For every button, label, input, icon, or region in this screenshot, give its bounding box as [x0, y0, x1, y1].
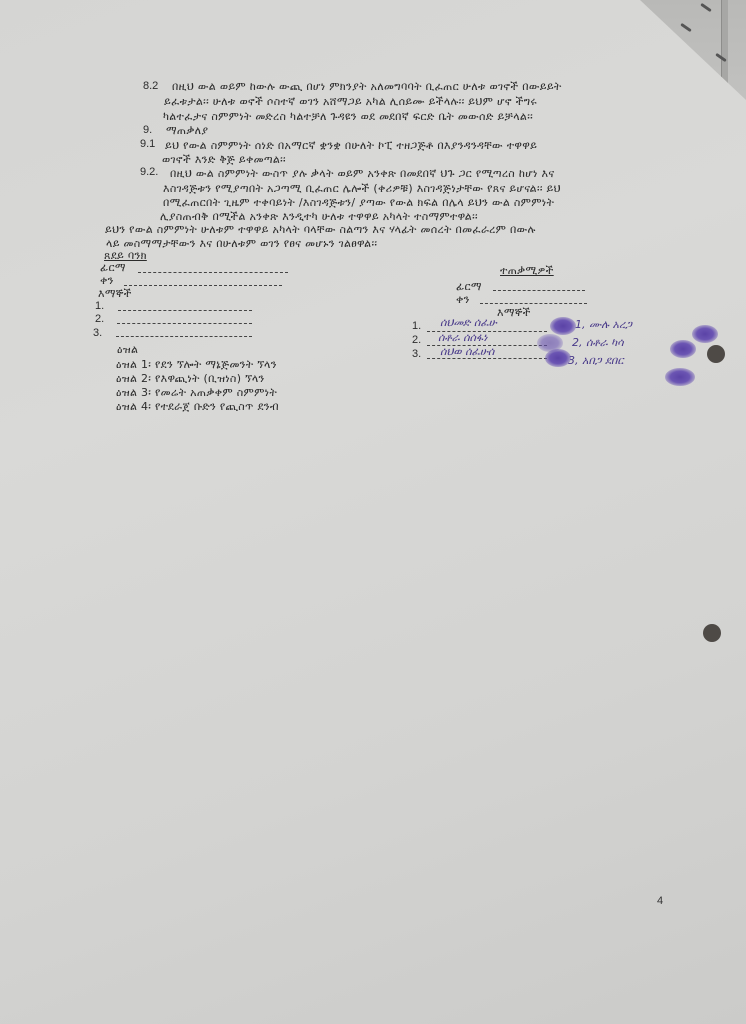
witnesses-label: እማኞች — [98, 287, 132, 301]
text-line: ካልተፈታና ስምምነት መድረስ ካልተቻለ ጉዳዩን ወደ መደበኛ ፍርድ… — [163, 110, 533, 124]
witness-line — [117, 323, 252, 324]
section-number: 9.1 — [140, 138, 155, 150]
text-line: ይፈቱታል፡፡ ሁለቱ ወኖች ሶስተኛ ወገን አሸማጋይ አካል ሊሰይሙ … — [164, 95, 537, 109]
thumbprint — [692, 325, 718, 343]
witness-number: 2. — [412, 334, 421, 346]
handwritten-name: 1, ሙሉ አረጋ — [575, 318, 632, 332]
text-line: ሊያስጠብቅ በሚችል አንቀጽ እንዲተካ ሁለቱ ተዋዋይ አካላት ተስማ… — [160, 210, 478, 224]
section-number: 8.2 — [143, 80, 158, 92]
page-number: 4 — [657, 895, 663, 907]
section-number: 9. — [143, 124, 152, 136]
background-rod — [721, 0, 728, 90]
text-line: ይህ የውል ስምምነት ሰነድ በአማርኛ ቋንቋ በሁለት ኮፒ ተዘጋጅቶ… — [165, 139, 537, 153]
signature-line — [493, 290, 585, 291]
thumbprint — [665, 368, 695, 386]
witnesses-label: እማኞች — [497, 306, 531, 320]
witness-number: 1. — [95, 300, 104, 312]
document-page: 8.2 በዚህ ውል ወይም ከውሉ ውጪ በሆነ ምክንያት አለመግባባት … — [0, 0, 746, 1024]
thumbprint — [670, 340, 696, 358]
text-line: ወገኖች እንድ ቅጅ ይቀመጣል፡፡ — [162, 153, 286, 167]
signature-line — [138, 272, 288, 273]
section-title: ማጠቃለያ — [166, 124, 208, 138]
beneficiaries-heading: ተጠቃሚዎች — [500, 264, 554, 278]
date-label: ቀን — [100, 274, 114, 288]
date-label: ቀን — [456, 293, 470, 307]
witness-line — [116, 336, 252, 337]
witness-number: 3. — [93, 327, 102, 339]
date-line — [124, 285, 282, 286]
text-line: በሚፈጠርበት ጊዜም ተቀባይነት /እስገዳጅቱን/ ያጣው የውል ክፍል… — [163, 196, 554, 210]
annex-item: ዕዝል 1፡ የደን ኘሎት ማኔጅመንት ኘላን — [116, 358, 277, 372]
handwritten-name: 3, አበጋ ደበር — [568, 354, 623, 368]
witness-number: 3. — [412, 348, 421, 360]
date-line — [480, 303, 587, 304]
punch-hole — [707, 345, 725, 363]
witness-number: 2. — [95, 313, 104, 325]
text-line: በዚህ ውል ወይም ከውሉ ውጪ በሆነ ምክንያት አለመግባባት ቢፈጠር… — [172, 80, 562, 94]
section-number: 9.2. — [140, 166, 158, 178]
text-line: ይህን የውል ስምምነት ሁለቱም ተዋዋይ አካላት ባላቸው ስልጣን እ… — [105, 223, 536, 237]
handwritten-name: 2, ሰቶራ ካሳ — [572, 336, 624, 350]
signature-label: ፊርማ — [456, 280, 482, 294]
annex-item: ዕዝል 4፡ የተደራጀ ቡድን የጪስጥ ደንብ — [116, 400, 279, 414]
annex-item: ዕዝል 2፡ የእዋጪነት (ቢዝነስ) ኘላን — [116, 372, 265, 386]
witness-number: 1. — [412, 320, 421, 332]
witness-line — [118, 310, 252, 311]
handwritten-name: ሰቶራ ሰሰፋነ — [438, 331, 487, 345]
handwritten-name: ሰህመድ ሰፈሁ — [440, 316, 497, 330]
annex-heading: ዕዝል — [117, 343, 138, 357]
annex-item: ዕዝል 3፡ የመሬት አጠቃቀም ስምምነት — [116, 386, 277, 400]
punch-hole — [703, 624, 721, 642]
text-line: በዚህ ውል ስምምነት ውስጥ ያሉ ቃላት ወይም አንቀጽ በመደበኛ ህ… — [170, 167, 554, 181]
handwritten-name: ሰህወ ሰፈሁሰ — [440, 345, 494, 359]
thumbprint — [550, 317, 576, 335]
signature-label: ፊርማ — [100, 261, 126, 275]
text-line: እስገዳጅቱን የሚያጣበት አጋጣሚ ቢፈጠር ሌሎች (ቀሪዎቹ) እስገዳ… — [163, 182, 561, 196]
